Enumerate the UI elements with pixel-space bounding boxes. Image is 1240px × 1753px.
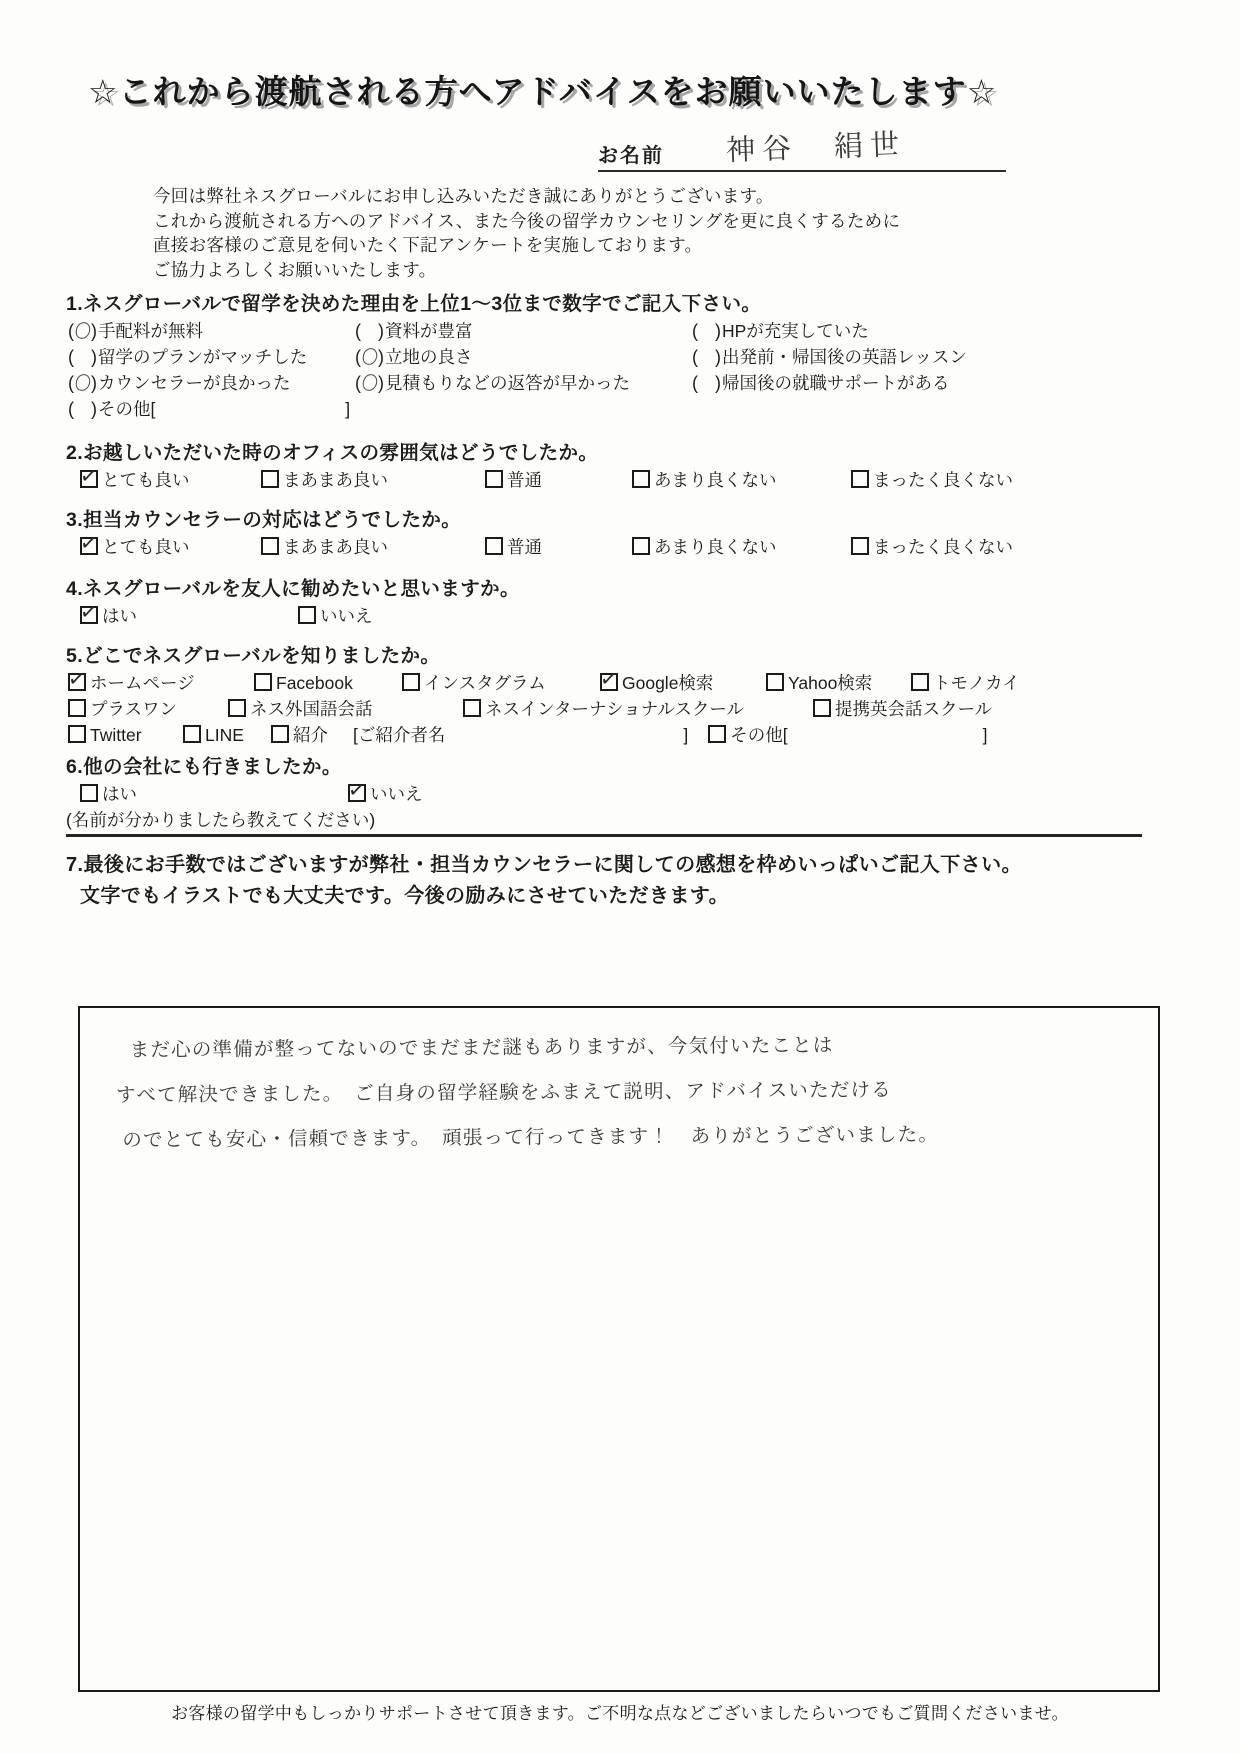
checkbox-icon: ✓ xyxy=(271,725,289,743)
checkbox-option-totemo-yoi: ✓とても良い xyxy=(80,467,261,493)
question-3-heading: 3.担当カウンセラーの対応はどうでしたか。 xyxy=(66,507,1176,534)
checkbox-icon: ✓ xyxy=(402,673,420,691)
question-3-options: ✓とても良い ✓まあまあ良い ✓普通 ✓あまり良くない ✓まったく良くない xyxy=(80,534,1176,560)
intro-paragraph: 今回は弊社ネスグローバルにお申し込みいただき誠にありがとうございます。 これから… xyxy=(153,184,900,282)
option-label: あまり良くない xyxy=(654,470,777,490)
intro-line: これから渡航される方へのアドバイス、また今後の留学カウンセリングを更に良くするた… xyxy=(153,209,900,234)
intro-line: 直接お客様のご意見を伺いたく下記アンケートを実施しております。 xyxy=(153,233,900,258)
paren-close: ) xyxy=(715,321,721,341)
checkbox-option-futsuu: ✓普通 xyxy=(485,534,632,560)
question-2-options: ✓とても良い ✓まあまあ良い ✓普通 ✓あまり良くない ✓まったく良くない xyxy=(80,467,1176,493)
checkbox-icon: ✓ xyxy=(813,699,831,717)
checkbox-icon: ✓ xyxy=(911,673,929,691)
paren-close: ) xyxy=(378,347,384,367)
checkbox-option-iie: ✓いいえ xyxy=(298,603,1176,629)
checkbox-option-futsuu: ✓普通 xyxy=(485,467,632,493)
paren-close: ) xyxy=(91,321,97,341)
option-label: インスタグラム xyxy=(424,673,546,693)
handwritten-check-mark: ✓ xyxy=(66,665,87,693)
checkbox-icon: ✓ xyxy=(766,673,784,691)
checkbox-option-yahoo: ✓Yahoo検索 xyxy=(766,670,911,696)
rank-input-slot xyxy=(698,320,715,335)
question-6: 6.他の会社にも行きましたか。 ✓はい ✓いいえ (名前が分かりましたら教えてく… xyxy=(66,754,1176,837)
rank-option-lesson: ()出発前・帰国後の英語レッスン xyxy=(692,344,1176,370)
checkbox-icon: ✓ xyxy=(80,470,98,488)
bracket-close: ] xyxy=(345,399,350,419)
rank-input-slot xyxy=(361,346,378,361)
checkbox-icon: ✓ xyxy=(261,537,279,555)
option-label: その他[ xyxy=(98,399,155,419)
referrer-name-label: [ご紹介者名 xyxy=(353,722,445,748)
checkbox-option-plusone: ✓プラスワン xyxy=(68,696,228,722)
option-label: 提携英会話スクール xyxy=(835,699,992,719)
feedback-comment-box: まだ心の準備が整ってないのでまだまだ謎もありますが、今気付いたことは すべて解決… xyxy=(78,1006,1160,1692)
paren-close: ) xyxy=(91,373,97,393)
option-label: HPが充実していた xyxy=(722,321,869,341)
option-label: 見積もりなどの返答が早かった xyxy=(385,373,630,393)
handwritten-circle-mark xyxy=(74,373,92,393)
option-label: Facebook xyxy=(276,673,353,693)
option-label: 紹介 xyxy=(293,725,328,745)
checkbox-option-totemo-yoi: ✓とても良い xyxy=(80,534,261,560)
checkbox-option-nes-international: ✓ネスインターナショナルスクール xyxy=(463,696,813,722)
paren-close: ) xyxy=(378,321,384,341)
checkbox-icon: ✓ xyxy=(463,699,481,717)
option-label: はい xyxy=(102,606,137,626)
checkbox-option-google: ✓Google検索 xyxy=(600,670,766,696)
question-2-heading: 2.お越しいただいた時のオフィスの雰囲気はどうでしたか。 xyxy=(66,440,1176,467)
question-1-options: ()手配料が無料 ()資料が豊富 ()HPが充実していた ()留学のプランがマッ… xyxy=(68,318,1176,422)
intro-line: ご協力よろしくお願いいたします。 xyxy=(153,258,900,283)
rank-input-slot xyxy=(698,372,715,387)
checkbox-icon: ✓ xyxy=(600,673,618,691)
question-4: 4.ネスグローバルを友人に勧めたいと思いますか。 ✓はい ✓いいえ xyxy=(66,576,1176,629)
option-label: その他[ xyxy=(730,725,787,745)
option-label: ネス外国語会話 xyxy=(250,699,373,719)
paren-close: ) xyxy=(91,399,97,419)
rank-input-slot xyxy=(698,346,715,361)
question-4-heading: 4.ネスグローバルを友人に勧めたいと思いますか。 xyxy=(66,576,1176,603)
option-label: いいえ xyxy=(320,606,373,626)
question-7-heading-line1: 7.最後にお手数ではございますが弊社・担当カウンセラーに関しての感想を枠めいっぱ… xyxy=(66,850,1176,881)
checkbox-option-twitter: ✓Twitter xyxy=(68,722,183,748)
rank-input-slot xyxy=(74,346,91,361)
handwritten-circle-mark xyxy=(361,373,379,393)
option-label: ネスインターナショナルスクール xyxy=(485,699,744,719)
question-1-heading: 1.ネスグローバルで留学を決めた理由を上位1～3位まで数字でご記入下さい。 xyxy=(66,291,1176,318)
checkbox-option-nes-gaikokugo: ✓ネス外国語会話 xyxy=(228,696,463,722)
option-label: ホームページ xyxy=(90,673,195,693)
rank-option-plan: ()留学のプランがマッチした xyxy=(68,344,355,370)
option-label: 手配料が無料 xyxy=(98,321,203,341)
checkbox-option-line: ✓LINE xyxy=(183,722,271,748)
company-name-note: (名前が分かりましたら教えてください) xyxy=(66,808,375,833)
handwritten-check-mark: ✓ xyxy=(78,529,99,557)
paren-close: ) xyxy=(715,373,721,393)
rank-input-slot xyxy=(361,320,378,335)
rank-input-slot xyxy=(361,372,378,387)
rank-option-shushoku: ()帰国後の就職サポートがある xyxy=(692,370,1176,396)
checkbox-icon: ✓ xyxy=(261,470,279,488)
option-label: まあまあ良い xyxy=(283,470,388,490)
rank-option-other-row: ()その他[ ] xyxy=(68,396,1176,422)
option-label: とても良い xyxy=(102,537,190,557)
paren-close: ) xyxy=(715,347,721,367)
option-label: Yahoo検索 xyxy=(788,673,872,693)
rank-option-tehairyo: ()手配料が無料 xyxy=(68,318,355,344)
checkbox-icon: ✓ xyxy=(80,784,98,802)
rank-option-mitsumori: ()見積もりなどの返答が早かった xyxy=(355,370,692,396)
rank-option-hp: ()HPが充実していた xyxy=(692,318,1176,344)
paren-close: ) xyxy=(378,373,384,393)
bracket-close: ] xyxy=(983,722,988,748)
rank-option-counselor: ()カウンセラーが良かった xyxy=(68,370,355,396)
scanned-survey-page: ☆これから渡航される方へアドバイスをお願いいたします☆ お名前 神谷 絹世 今回… xyxy=(0,0,1240,1753)
question-5-row-1: ✓ホームページ ✓Facebook ✓インスタグラム ✓Google検索 ✓Ya… xyxy=(68,670,1176,696)
option-label: あまり良くない xyxy=(654,537,777,557)
checkbox-icon: ✓ xyxy=(485,470,503,488)
checkbox-option-mattaku-yokunai: ✓まったく良くない xyxy=(851,534,1176,560)
question-5-row-3: ✓Twitter ✓LINE ✓紹介 [ご紹介者名] ✓その他[ ] xyxy=(68,722,1176,748)
checkbox-option-mattaku-yokunai: ✓まったく良くない xyxy=(851,467,1176,493)
checkbox-option-maamaa-yoi: ✓まあまあ良い xyxy=(261,534,485,560)
checkbox-option-iie: ✓いいえ xyxy=(348,781,1176,807)
checkbox-option-amari-yokunai: ✓あまり良くない xyxy=(632,467,851,493)
checkbox-icon: ✓ xyxy=(68,673,86,691)
checkbox-option-maamaa-yoi: ✓まあまあ良い xyxy=(261,467,485,493)
question-6-heading: 6.他の会社にも行きましたか。 xyxy=(66,754,1176,781)
name-field: お名前 神谷 絹世 xyxy=(598,124,1006,172)
checkbox-icon: ✓ xyxy=(68,699,86,717)
option-label: トモノカイ xyxy=(933,673,1020,693)
handwritten-check-mark: ✓ xyxy=(78,462,99,490)
rank-option-shiryo: ()資料が豊富 xyxy=(355,318,692,344)
option-label: 帰国後の就職サポートがある xyxy=(722,373,950,393)
intro-line: 今回は弊社ネスグローバルにお申し込みいただき誠にありがとうございます。 xyxy=(153,184,900,209)
handwritten-check-mark: ✓ xyxy=(346,776,367,804)
checkbox-option-facebook: ✓Facebook xyxy=(254,670,402,696)
name-handwritten-value: 神谷 絹世 xyxy=(725,122,906,169)
question-2: 2.お越しいただいた時のオフィスの雰囲気はどうでしたか。 ✓とても良い ✓まあま… xyxy=(66,440,1176,493)
checkbox-option-instagram: ✓インスタグラム xyxy=(402,670,600,696)
handwritten-feedback-line: まだ心の準備が整ってないのでまだまだ謎もありますが、今気付いたことは xyxy=(130,1020,1132,1072)
checkbox-option-amari-yokunai: ✓あまり良くない xyxy=(632,534,851,560)
option-label: まあまあ良い xyxy=(283,537,388,557)
handwritten-circle-mark xyxy=(74,321,92,341)
rank-input-slot xyxy=(74,320,91,335)
checkbox-icon: ✓ xyxy=(485,537,503,555)
checkbox-icon: ✓ xyxy=(68,725,86,743)
checkbox-icon: ✓ xyxy=(632,537,650,555)
checkbox-option-shokai: ✓紹介 xyxy=(271,722,353,748)
page-title: ☆これから渡航される方へアドバイスをお願いいたします☆ xyxy=(88,66,997,113)
option-label: とても良い xyxy=(102,470,190,490)
handwritten-feedback-line: すべて解決できました。 ご自身の留学経験をふまえて説明、アドバイスいただける xyxy=(116,1065,1132,1117)
checkbox-option-sonota: ✓その他[ xyxy=(708,722,787,748)
option-label: 普通 xyxy=(507,470,542,490)
company-name-note-row: (名前が分かりましたら教えてください) xyxy=(66,808,1142,837)
rank-input-slot xyxy=(74,398,91,413)
checkbox-option-tomonokai: ✓トモノカイ xyxy=(911,670,1020,696)
option-label: いいえ xyxy=(370,784,423,804)
option-label: 資料が豊富 xyxy=(385,321,473,341)
name-label: お名前 xyxy=(598,139,664,168)
question-5-heading: 5.どこでネスグローバルを知りましたか。 xyxy=(66,643,1176,670)
option-label: Twitter xyxy=(90,725,142,745)
checkbox-icon: ✓ xyxy=(851,470,869,488)
paren-close: ) xyxy=(91,347,97,367)
checkbox-icon: ✓ xyxy=(183,725,201,743)
checkbox-icon: ✓ xyxy=(254,673,272,691)
option-label: 留学のプランがマッチした xyxy=(98,347,307,367)
checkbox-icon: ✓ xyxy=(708,725,726,743)
checkbox-icon: ✓ xyxy=(851,537,869,555)
question-3: 3.担当カウンセラーの対応はどうでしたか。 ✓とても良い ✓まあまあ良い ✓普通… xyxy=(66,507,1176,560)
rank-input-slot xyxy=(74,372,91,387)
option-label: まったく良くない xyxy=(873,537,1013,557)
option-label: 普通 xyxy=(507,537,542,557)
checkbox-icon: ✓ xyxy=(298,606,316,624)
checkbox-icon: ✓ xyxy=(80,537,98,555)
option-label: 出発前・帰国後の英語レッスン xyxy=(722,347,967,367)
question-5-row-2: ✓プラスワン ✓ネス外国語会話 ✓ネスインターナショナルスクール ✓提携英会話ス… xyxy=(68,696,1176,722)
option-label: プラスワン xyxy=(90,699,177,719)
option-label: カウンセラーが良かった xyxy=(98,373,291,393)
checkbox-icon: ✓ xyxy=(632,470,650,488)
checkbox-option-teikei-eikaiwa: ✓提携英会話スクール xyxy=(813,696,992,722)
option-label: まったく良くない xyxy=(873,470,1013,490)
checkbox-option-hai: ✓はい xyxy=(80,603,298,629)
bracket-close: ] xyxy=(683,722,688,748)
handwritten-check-mark: ✓ xyxy=(78,598,99,626)
rank-option-ritchi: ()立地の良さ xyxy=(355,344,692,370)
question-7: 7.最後にお手数ではございますが弊社・担当カウンセラーに関しての感想を枠めいっぱ… xyxy=(66,850,1176,912)
question-6-options: ✓はい ✓いいえ xyxy=(80,781,1176,807)
handwritten-feedback-line: のでとても安心・信頼できます。 頑張って行ってきます！ ありがとうございました。 xyxy=(122,1110,1132,1162)
checkbox-option-hai: ✓はい xyxy=(80,781,348,807)
handwritten-check-mark: ✓ xyxy=(598,665,619,693)
question-7-heading-line2: 文字でもイラストでも大丈夫です。今後の励みにさせていただきます。 xyxy=(80,881,1176,912)
question-1: 1.ネスグローバルで留学を決めた理由を上位1～3位まで数字でご記入下さい。 ()… xyxy=(66,291,1176,422)
rank-option-other: ()その他[ xyxy=(68,399,160,419)
question-5: 5.どこでネスグローバルを知りましたか。 ✓ホームページ ✓Facebook ✓… xyxy=(66,643,1176,748)
checkbox-option-homepage: ✓ホームページ xyxy=(68,670,254,696)
handwritten-feedback: まだ心の準備が整ってないのでまだまだ謎もありますが、今気付いたことは すべて解決… xyxy=(106,1020,1133,1162)
footer-note: お客様の留学中もしっかりサポートさせて頂きます。ご不明な点などございましたらいつ… xyxy=(0,1699,1240,1724)
option-label: LINE xyxy=(205,725,244,745)
handwritten-circle-mark xyxy=(361,347,379,367)
option-label: 立地の良さ xyxy=(385,347,473,367)
checkbox-icon: ✓ xyxy=(348,784,366,802)
question-4-options: ✓はい ✓いいえ xyxy=(80,603,1176,629)
checkbox-icon: ✓ xyxy=(80,606,98,624)
checkbox-icon: ✓ xyxy=(228,699,246,717)
option-label: はい xyxy=(102,784,137,804)
option-label: Google検索 xyxy=(622,673,713,693)
